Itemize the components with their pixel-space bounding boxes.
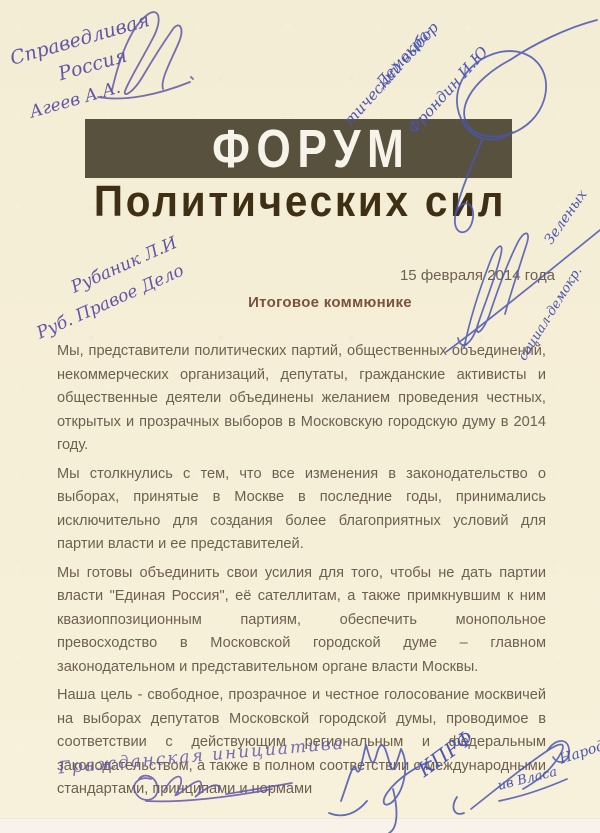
annotation-narod: Народ <box>558 738 600 768</box>
signature-flourish-top-left <box>98 12 193 98</box>
banner-title: ФОРУМ <box>187 122 410 176</box>
signature-flourish-mid-right <box>446 230 600 352</box>
annotation-line: Россия <box>56 45 130 86</box>
scan-edge <box>0 818 600 833</box>
annotation-line: Справедливая <box>8 9 152 70</box>
document-subtitle: Политических сил <box>94 180 506 224</box>
scanned-document-page: ФОРУМ Политических сил 15 февраля 2014 г… <box>0 0 600 833</box>
annotation-line: Агеев А.А. <box>28 78 123 123</box>
paragraph-4: Наша цель - свободное, прозрачное и чест… <box>57 684 546 802</box>
annotation-line: Демокра- <box>372 23 436 91</box>
paragraph-2: Мы столкнулись с тем, что все изменения … <box>57 463 546 557</box>
paragraph-1: Мы, представители политических партий, о… <box>57 340 546 458</box>
paragraph-3: Мы готовы объединить свои усилия для тог… <box>57 562 546 680</box>
subtitle-row: Политических сил <box>0 180 600 224</box>
document-body: Мы, представители политических партий, о… <box>57 340 546 807</box>
title-banner: ФОРУМ <box>85 119 512 178</box>
annotation-line: Рубаник Л.И <box>68 233 180 298</box>
annotation-line: тический выбор <box>340 19 442 129</box>
date-line: 15 февраля 2014 года <box>400 267 555 284</box>
communique-heading: Итоговое коммюнике <box>60 294 600 311</box>
